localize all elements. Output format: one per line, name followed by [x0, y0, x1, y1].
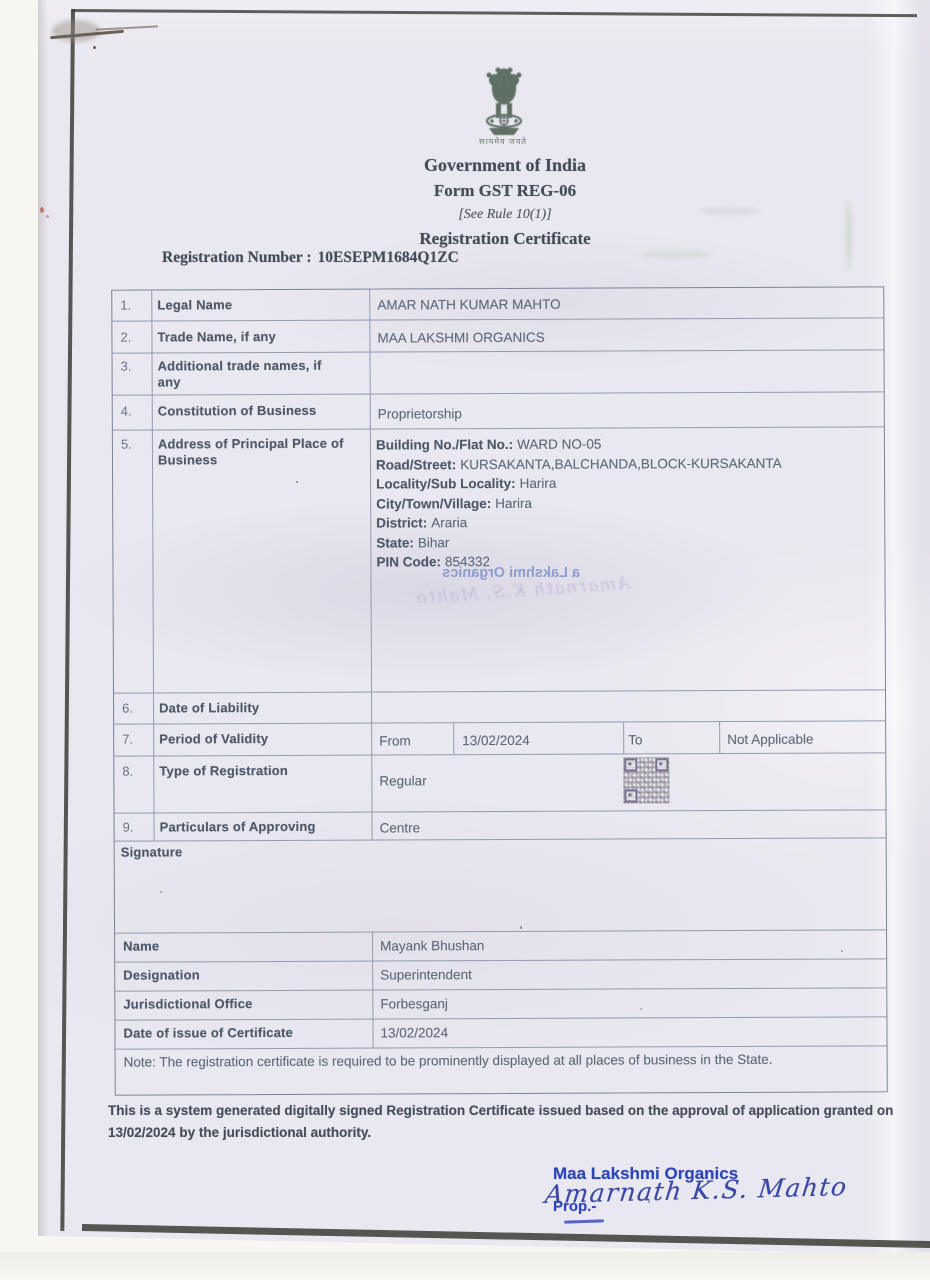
- officer-issue-date-label: Date of issue of Certificate: [123, 1025, 293, 1041]
- officer-name-label: Name: [123, 938, 159, 954]
- table-line: [115, 1016, 886, 1020]
- row-2-number: 2.: [120, 330, 131, 345]
- address-value: WARD NO-05: [517, 437, 601, 452]
- emblem-motto: सत्यमेव जयते: [440, 136, 566, 147]
- disclaimer-text: This is a system generated digitally sig…: [108, 1100, 896, 1143]
- bleed-smudge: [700, 207, 760, 215]
- note-text: Note: The registration certificate is re…: [124, 1051, 884, 1069]
- officer-designation-label: Designation: [123, 967, 200, 983]
- table-line: [113, 349, 884, 353]
- row-5-number: 5.: [121, 437, 132, 452]
- header-rule-reference: [See Rule 10(1)]: [80, 207, 930, 223]
- table-line: [151, 291, 154, 841]
- officer-name-value: Mayank Bhushan: [380, 938, 484, 953]
- address-line: District:Araria: [376, 512, 782, 533]
- row-3-number: 3.: [121, 359, 132, 374]
- table-line: [115, 958, 886, 962]
- table-line: [114, 720, 885, 724]
- table-line: [114, 689, 885, 693]
- row-9-label: Particulars of Approving: [160, 819, 316, 835]
- address-key: State:: [376, 535, 414, 550]
- registration-number-line: Registration Number :10ESEPM1684Q1ZC: [162, 249, 459, 267]
- address-block: Building No./Flat No.:WARD NO-05 Road/St…: [376, 434, 782, 572]
- row-1-value: AMAR NATH KUMAR MAHTO: [377, 297, 560, 313]
- header-title: Registration Certificate: [80, 229, 930, 249]
- table-line: [113, 391, 884, 395]
- scan-speck: [93, 46, 96, 49]
- scan-speck: [40, 207, 44, 213]
- officer-office-label: Jurisdictional Office: [123, 996, 252, 1012]
- address-line: Road/Street:KURSAKANTA,BALCHANDA,BLOCK-K…: [376, 453, 782, 474]
- officer-issue-date-value: 13/02/2024: [380, 1025, 448, 1040]
- row-5-label: Address of Principal Place of Business: [158, 436, 376, 468]
- row-6-number: 6.: [122, 701, 133, 716]
- address-key: City/Town/Village:: [376, 496, 491, 512]
- row-9-value: Centre: [380, 820, 421, 835]
- address-key: Locality/Sub Locality:: [376, 476, 516, 492]
- address-line: City/Town/Village:Harira: [376, 492, 782, 513]
- table-line: [453, 722, 454, 754]
- period-to-value: Not Applicable: [727, 732, 813, 747]
- india-emblem-icon: [476, 63, 532, 137]
- scan-speck: [160, 891, 162, 893]
- row-7-number: 7.: [122, 732, 133, 747]
- scan-speck: [520, 926, 522, 929]
- officer-designation-value: Superintendent: [380, 967, 472, 982]
- table-line: [623, 721, 624, 753]
- row-2-label: Trade Name, if any: [157, 329, 276, 345]
- scanned-certificate-page: सत्यमेव जयते Government of India Form GS…: [0, 0, 930, 1280]
- table-line: [114, 752, 885, 756]
- row-4-number: 4.: [121, 404, 132, 419]
- table-line: [113, 426, 884, 430]
- row-7-label: Period of Validity: [159, 731, 268, 747]
- row-8-label: Type of Registration: [159, 763, 288, 779]
- scan-speck: [640, 1008, 642, 1010]
- row-1-number: 1.: [120, 298, 131, 313]
- address-value: Harira: [520, 476, 557, 491]
- row-9-number: 9.: [123, 820, 134, 835]
- scan-speck: [841, 950, 843, 952]
- table-line: [115, 837, 886, 841]
- header-government-of-india: Government of India: [80, 155, 930, 176]
- address-line: Building No./Flat No.:WARD NO-05: [376, 434, 782, 455]
- address-line: Locality/Sub Locality:Harira: [376, 473, 782, 494]
- table-line: [719, 721, 720, 753]
- row-8-number: 8.: [122, 764, 133, 779]
- scanner-bottom-strip: [0, 1252, 930, 1280]
- table-line: [116, 1045, 887, 1049]
- period-to-label: To: [628, 732, 642, 747]
- table-line: [115, 929, 886, 933]
- staple-smudge: [52, 20, 100, 42]
- qr-code: [623, 757, 669, 803]
- table-line: [115, 987, 886, 991]
- address-line: State:Bihar: [376, 531, 782, 552]
- address-key: Building No./Flat No.:: [376, 437, 513, 453]
- scan-speck: [46, 215, 49, 218]
- period-from-label: From: [379, 733, 411, 748]
- row-3-label: Additional trade names, if any: [158, 358, 348, 390]
- scan-speck: [648, 1200, 650, 1203]
- bleed-smudge: [845, 200, 852, 270]
- row-6-label: Date of Liability: [159, 700, 259, 716]
- qr-finder: [655, 758, 668, 771]
- qr-finder: [624, 758, 637, 771]
- officer-office-value: Forbesganj: [380, 996, 448, 1011]
- bleed-smudge: [640, 250, 712, 259]
- registration-number-label: Registration Number :: [162, 249, 312, 266]
- row-1-label: Legal Name: [157, 297, 232, 313]
- table-line: [369, 290, 372, 840]
- address-key: District:: [376, 515, 427, 530]
- signature-row-label: Signature: [121, 844, 183, 860]
- row-2-value: MAA LAKSHMI ORGANICS: [377, 330, 544, 346]
- row-4-value: Proprietorship: [378, 406, 462, 421]
- address-value: Araria: [431, 515, 467, 530]
- row-4-label: Constitution of Business: [158, 403, 317, 419]
- scan-speck: [296, 481, 298, 483]
- qr-finder: [624, 789, 637, 802]
- row-8-value: Regular: [379, 773, 426, 788]
- stamp-prop-label: Prop.-: [553, 1198, 596, 1215]
- period-from-value: 13/02/2024: [462, 733, 530, 748]
- address-value: Harira: [495, 495, 532, 510]
- table-line: [112, 317, 883, 321]
- header-form-number: Form GST REG-06: [80, 181, 930, 201]
- certificate-table: 1. Legal Name AMAR NATH KUMAR MAHTO 2. T…: [111, 286, 888, 1095]
- table-line: [115, 809, 886, 813]
- address-key: Road/Street:: [376, 457, 456, 472]
- address-value: Bihar: [418, 535, 450, 550]
- address-value: KURSAKANTA,BALCHANDA,BLOCK-KURSAKANTA: [460, 455, 781, 471]
- registration-number-value: 10ESEPM1684Q1ZC: [318, 249, 459, 266]
